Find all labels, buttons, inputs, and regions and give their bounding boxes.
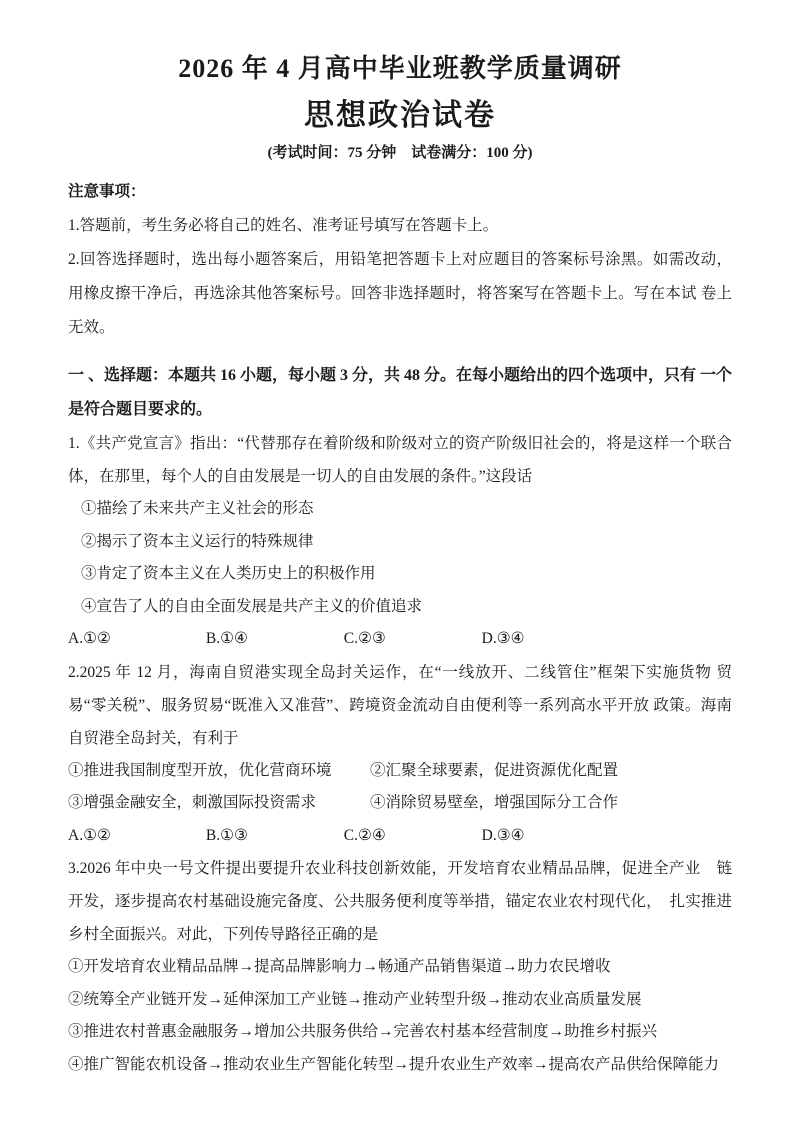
question-1-stem: 1.《共产党宣言》指出：“代替那存在着阶级和阶级对立的资产阶级旧社会的，将是这样… <box>68 427 732 493</box>
question-1-option-3: ③肯定了资本主义在人类历史上的积极作用 <box>68 558 732 591</box>
question-2-option-1: ①推进我国制度型开放，优化营商环境 <box>68 755 370 788</box>
exam-paper-page: 2026 年 4 月高中毕业班教学质量调研 思想政治试卷 (考试时间：75 分钟… <box>0 0 794 1122</box>
question-3-option-1: ①开发培育农业精品品牌→提高品牌影响力→畅通产品销售渠道→助力农民增收 <box>68 951 732 984</box>
question-2-choices: A.①② B.①③ C.②④ D.③④ <box>68 820 732 853</box>
question-3-option-3: ③推进农村普惠金融服务→增加公共服务供给→完善农村基本经营制度→助推乡村振兴 <box>68 1016 732 1049</box>
notice-item-1: 1.答题前，考生务必将自己的姓名、准考证号填写在答题卡上。 <box>68 209 732 243</box>
question-1: 1.《共产党宣言》指出：“代替那存在着阶级和阶级对立的资产阶级旧社会的，将是这样… <box>68 427 732 656</box>
question-3: 3.2026 年中央一号文件提出要提升农业科技创新效能，开发培育农业精品品牌，促… <box>68 852 732 1081</box>
question-3-option-2: ②统筹全产业链开发→延伸深加工产业链→推动产业转型升级→推动农业高质量发展 <box>68 984 732 1017</box>
question-2-option-2: ②汇聚全球要素，促进资源优化配置 <box>370 755 732 788</box>
paper-title: 2026 年 4 月高中毕业班教学质量调研 <box>68 50 732 88</box>
choice-b: B.①④ <box>206 623 340 656</box>
choice-b: B.①③ <box>206 820 340 853</box>
question-1-option-2: ②揭示了资本主义运行的特殊规律 <box>68 526 732 559</box>
question-2-options: ①推进我国制度型开放，优化营商环境 ②汇聚全球要素，促进资源优化配置 ③增强金融… <box>68 755 732 820</box>
question-1-option-4: ④宣告了人的自由全面发展是共产主义的价值追求 <box>68 591 732 624</box>
question-3-stem: 3.2026 年中央一号文件提出要提升农业科技创新效能，开发培育农业精品品牌，促… <box>68 852 732 951</box>
question-2-stem: 2.2025 年 12 月，海南自贸港实现全岛封关运作，在“一线放开、二线管住”… <box>68 656 732 755</box>
question-2-option-3: ③增强金融安全，刺激国际投资需求 <box>68 787 370 820</box>
question-2: 2.2025 年 12 月，海南自贸港实现全岛封关运作，在“一线放开、二线管住”… <box>68 656 732 853</box>
question-2-option-4: ④消除贸易壁垒，增强国际分工合作 <box>370 787 732 820</box>
choice-a: A.①② <box>68 820 202 853</box>
choice-c: C.②④ <box>344 820 478 853</box>
choice-d: D.③④ <box>482 623 525 656</box>
notice-item-2: 2.回答选择题时，选出每小题答案后，用铅笔把答题卡上对应题目的答案标号涂黑。如需… <box>68 243 732 345</box>
question-1-option-1: ①描绘了未来共产主义社会的形态 <box>68 493 732 526</box>
notice-heading: 注意事项： <box>68 175 732 209</box>
question-1-choices: A.①② B.①④ C.②③ D.③④ <box>68 623 732 656</box>
exam-info: (考试时间：75 分钟 试卷满分：100 分) <box>68 143 732 163</box>
choice-a: A.①② <box>68 623 202 656</box>
choice-d: D.③④ <box>482 820 525 853</box>
notice-section: 注意事项： 1.答题前，考生务必将自己的姓名、准考证号填写在答题卡上。 2.回答… <box>68 175 732 345</box>
section-one-heading: 一 、选择题：本题共 16 小题，每小题 3 分，共 48 分。在每小题给出的四… <box>68 359 732 427</box>
question-3-option-4: ④推广智能农机设备→推动农业生产智能化转型→提升农业生产效率→提高农产品供给保障… <box>68 1049 732 1082</box>
choice-c: C.②③ <box>344 623 478 656</box>
paper-subtitle: 思想政治试卷 <box>68 96 732 136</box>
